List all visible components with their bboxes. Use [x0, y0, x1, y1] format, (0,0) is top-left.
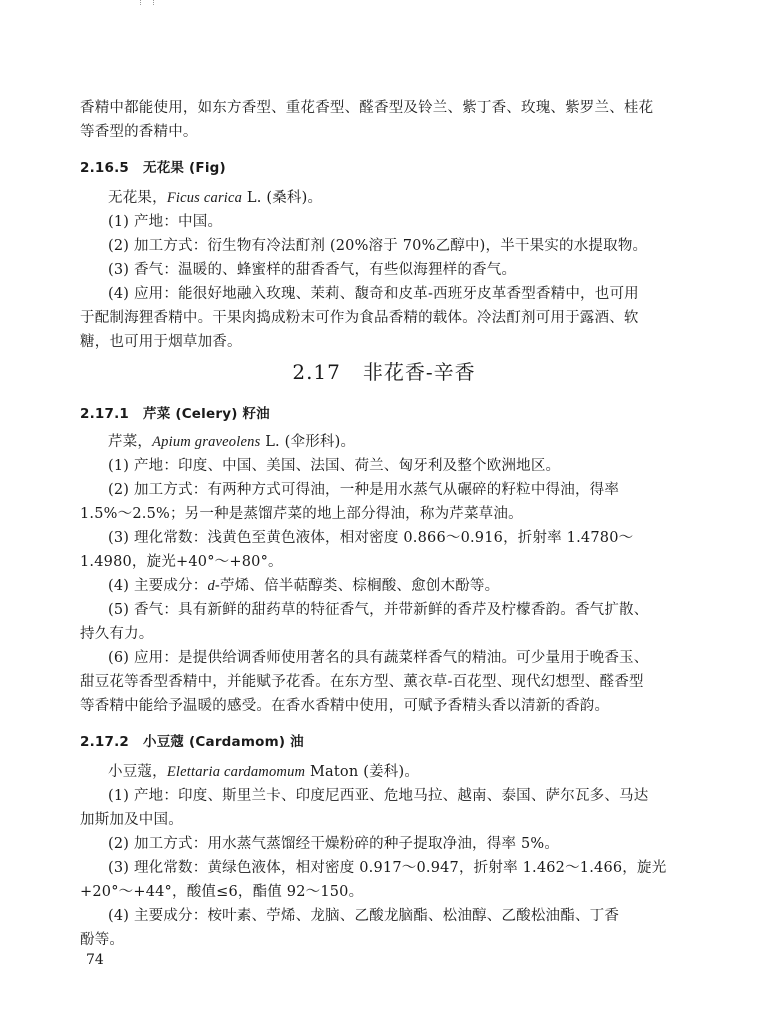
species-common-name: 无花果， — [108, 190, 167, 206]
species-latin-name: Ficus carica — [167, 190, 242, 206]
page-number: 74 — [86, 952, 104, 968]
section-title: 无花果 (Fig) — [143, 160, 226, 176]
scan-mark — [140, 0, 154, 5]
species-latin-name: Elettaria cardamomum — [167, 764, 305, 780]
list-item: (3) 理化常数：黄绿色液体，相对密度 0.917～0.947，折射率 1.46… — [108, 858, 708, 878]
section-heading-2-17-2: 2.17.2小豆蔻 (Cardamom) 油 — [80, 730, 304, 750]
species-family: L. (桑科)。 — [242, 190, 322, 206]
section-title: 小豆蔻 (Cardamom) 油 — [143, 734, 304, 750]
section-number: 2.17.1 — [80, 406, 129, 422]
list-item: (1) 产地：印度、中国、美国、法国、荷兰、匈牙利及整个欧洲地区。 — [108, 456, 708, 476]
list-item-continued: 1.4980，旋光+40°～+80°。 — [80, 552, 708, 572]
section-heading-2-16-5: 2.16.5无花果 (Fig) — [80, 156, 226, 176]
section-number: 2.16.5 — [80, 160, 129, 176]
species-line: 芹菜，Apium graveolens L. (伞形科)。 — [108, 432, 708, 452]
list-item-label: (4) 主要成分： — [108, 578, 207, 594]
list-item: (5) 香气：具有新鲜的甜药草的特征香气，并带新鲜的香芹及柠檬香韵。香气扩散、 — [108, 600, 708, 620]
list-item: (1) 产地：印度、斯里兰卡、印度尼西亚、危地马拉、越南、泰国、萨尔瓦多、马达 — [108, 786, 708, 806]
list-item-continued: 1.5%～2.5%；另一种是蒸馏芹菜的地上部分得油，称为芹菜草油。 — [80, 504, 708, 524]
list-item: (1) 产地：中国。 — [108, 212, 708, 232]
chapter-title: 非花香-辛香 — [363, 360, 476, 384]
list-item-text: -苧烯、倍半萜醇类、棕榈酸、愈创木酚等。 — [215, 578, 499, 594]
list-item: (2) 加工方式：有两种方式可得油，一种是用水蒸气从碾碎的籽粒中得油，得率 — [108, 480, 708, 500]
list-item-continued: 酚等。 — [80, 930, 708, 950]
list-item: (4) 应用：能很好地融入玫瑰、茉莉、馥奇和皮革-西班牙皮革香型香精中，也可用 — [108, 284, 708, 304]
chapter-number: 2.17 — [292, 360, 341, 384]
italic-prefix: d — [207, 578, 214, 594]
section-heading-2-17-1: 2.17.1芹菜 (Celery) 籽油 — [80, 402, 270, 422]
list-item: (4) 主要成分：d-苧烯、倍半萜醇类、棕榈酸、愈创木酚等。 — [108, 576, 708, 596]
list-item: (4) 主要成分：桉叶素、苧烯、龙脑、乙酸龙脑酯、松油醇、乙酸松油酯、丁香 — [108, 906, 708, 926]
species-line: 无花果，Ficus carica L. (桑科)。 — [108, 188, 708, 208]
list-item: (3) 理化常数：浅黄色至黄色液体，相对密度 0.866～0.916，折射率 1… — [108, 528, 708, 548]
list-item-continued: 加斯加及中国。 — [80, 810, 708, 830]
section-title: 芹菜 (Celery) 籽油 — [143, 406, 270, 422]
species-line: 小豆蔻，Elettaria cardamomum Maton (姜科)。 — [108, 762, 708, 782]
list-item-continued: 于配制海狸香精中。干果肉捣成粉末可作为食品香精的载体。冷法酊剂可用于露酒、软 — [80, 308, 708, 328]
list-item-continued: +20°～+44°，酸值≤6，酯值 92～150。 — [80, 882, 708, 902]
list-item-continued: 甜豆花等香型香精中，并能赋予花香。在东方型、薰衣草-百花型、现代幻想型、醛香型 — [80, 672, 708, 692]
species-family: L. (伞形科)。 — [260, 434, 355, 450]
list-item-continued: 糖，也可用于烟草加香。 — [80, 332, 708, 352]
section-number: 2.17.2 — [80, 734, 129, 750]
list-item: (3) 香气：温暖的、蜂蜜样的甜香香气，有些似海狸样的香气。 — [108, 260, 708, 280]
paragraph-line: 等香型的香精中。 — [80, 122, 708, 142]
species-latin-name: Apium graveolens — [152, 434, 260, 450]
list-item-continued: 持久有力。 — [80, 624, 708, 644]
species-common-name: 芹菜， — [108, 434, 152, 450]
species-common-name: 小豆蔻， — [108, 764, 167, 780]
paragraph-line: 香精中都能使用，如东方香型、重花香型、醛香型及铃兰、紫丁香、玫瑰、紫罗兰、桂花 — [80, 98, 708, 118]
list-item: (2) 加工方式：用水蒸气蒸馏经干燥粉碎的种子提取净油，得率 5%。 — [108, 834, 708, 854]
chapter-heading-2-17: 2.17非花香-辛香 — [0, 356, 768, 385]
list-item: (6) 应用：是提供给调香师使用著名的具有蔬菜样香气的精油。可少量用于晚香玉、 — [108, 648, 708, 668]
list-item-continued: 等香精中能给予温暖的感受。在香水香精中使用，可赋予香精头香以清新的香韵。 — [80, 696, 708, 716]
document-page: 香精中都能使用，如东方香型、重花香型、醛香型及铃兰、紫丁香、玫瑰、紫罗兰、桂花 … — [0, 0, 768, 1024]
species-family: Maton (姜科)。 — [305, 764, 419, 780]
list-item: (2) 加工方式：衍生物有冷法酊剂 (20%溶于 70%乙醇中)，半干果实的水提… — [108, 236, 708, 256]
